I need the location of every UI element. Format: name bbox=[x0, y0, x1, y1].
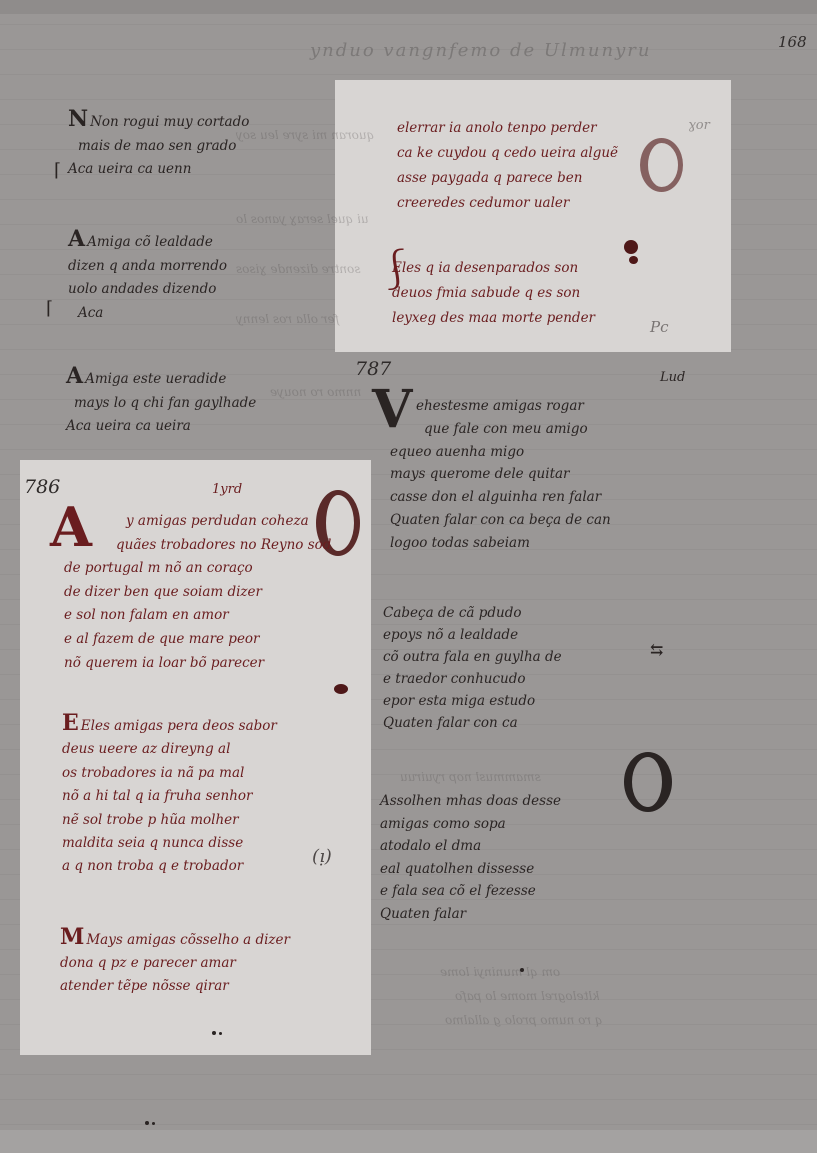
verse-line: e traedor conhucudo bbox=[383, 668, 562, 690]
verse-line: eal quatolhen dissesse bbox=[380, 858, 561, 881]
verse-line: Aca bbox=[78, 302, 227, 326]
verse-line: Assolhen mhas doas desse bbox=[380, 790, 561, 813]
bleed-through-text: om ql muninyi lome bbox=[440, 965, 560, 979]
verse-line: casse don el alguinha ren falar bbox=[390, 486, 611, 509]
bleed-through-text: ui quel seraɣ yanos lo bbox=[236, 212, 369, 226]
verse-line: amigas como sopa bbox=[380, 813, 561, 836]
bleed-through-text: kltelogrel mome lo pafo bbox=[455, 989, 600, 1003]
verse-line: leyxeg des maa morte pender bbox=[392, 306, 595, 331]
stanza-left-2: AAmiga cõ lealdade dizen q anda morrendo… bbox=[68, 228, 227, 325]
verse-line: a q non troba q e trobador bbox=[62, 855, 277, 878]
poem-number-787: 787 bbox=[355, 358, 391, 380]
verse-line: maldita seia q nunca disse bbox=[62, 832, 277, 855]
verse-line: MMays amigas cõsselho a dizer bbox=[60, 926, 290, 952]
marginal-note-787: Lud bbox=[660, 370, 685, 385]
stanza-right-1: elerrar ia anolo tenpo perder ca ke cuyd… bbox=[397, 116, 618, 216]
marginal-note-786: 1yrd bbox=[212, 482, 242, 497]
verse-line: uolo andades dizendo bbox=[68, 278, 227, 302]
punctuation-dot bbox=[212, 1031, 216, 1035]
stanza-787-1: ehestesme amigas rogar que fale con meu … bbox=[390, 395, 611, 555]
punctuation-dot bbox=[152, 1122, 155, 1125]
verse-line: mais de mao sen grado bbox=[68, 135, 249, 159]
verse-line: epoys nõ a lealdade bbox=[383, 624, 562, 646]
verse-line: atodalo el dma bbox=[380, 835, 561, 858]
header-bleed-through: ynduo vangnfemo de Ulmunyru bbox=[310, 40, 651, 61]
paragraph-mark: ⇆ bbox=[650, 640, 663, 659]
verse-line: os trobadores ia nã pa mal bbox=[62, 762, 277, 785]
ink-blot bbox=[624, 240, 638, 254]
verse-line: elerrar ia anolo tenpo perder bbox=[397, 116, 618, 141]
verse-line: y amigas perdudan coheza bbox=[64, 510, 331, 534]
verse-line: Quaten falar con ca bbox=[383, 712, 562, 734]
verse-line: nõ a hi tal q ia fruha senhor bbox=[62, 785, 277, 808]
verse-line: atender tẽpe nõsse qirar bbox=[60, 975, 290, 998]
verse-line: ehestesme amigas rogar bbox=[390, 395, 611, 418]
verse-line: quães trobadores no Reyno sod bbox=[64, 534, 331, 558]
verse-line: mays lo q chi fan gaylhade bbox=[66, 392, 256, 416]
page-bottom-edge bbox=[0, 1130, 817, 1153]
verse-line: e sol non falam en amor bbox=[64, 604, 331, 628]
stanza-right-2: Eles q ia desenparados son deuos fmia sa… bbox=[392, 256, 595, 331]
verse-line: AAmiga cõ lealdade bbox=[68, 228, 227, 255]
stanza-left-1: NNon rogui muy cortado mais de mao sen g… bbox=[68, 108, 249, 182]
verse-line: que fale con meu amigo bbox=[390, 418, 611, 441]
ink-blot bbox=[629, 256, 638, 264]
bleed-through-text: sontre dizende ɣisos bbox=[236, 262, 360, 276]
stanza-left-3: AAmiga este ueradide mays lo q chi fan g… bbox=[66, 365, 256, 439]
verse-line: ca ke cuydou q cedo ueira alguẽ bbox=[397, 141, 618, 166]
punctuation-dot bbox=[520, 968, 524, 972]
stanza-786-1: y amigas perdudan coheza quães trobadore… bbox=[64, 510, 331, 675]
verse-line: nẽ sol trobe p hũa molher bbox=[62, 809, 277, 832]
verse-line: Quaten falar bbox=[380, 903, 561, 926]
bleed-through-text: smammusl nop ryuiruu bbox=[400, 770, 541, 784]
verse-line: de portugal m nõ an coraço bbox=[64, 557, 331, 581]
decorated-initial-o bbox=[624, 752, 672, 812]
verse-line: dona q pz e parecer amar bbox=[60, 952, 290, 975]
stanza-787-3: Assolhen mhas doas desse amigas como sop… bbox=[380, 790, 561, 925]
folio-number: 168 bbox=[778, 33, 807, 51]
margin-mark: Pc bbox=[650, 318, 669, 336]
verse-line: Aca ueira ca ueira bbox=[66, 415, 256, 439]
punctuation-dot bbox=[145, 1121, 149, 1125]
verse-line: AAmiga este ueradide bbox=[66, 365, 256, 392]
refrain-bracket: ⌈ bbox=[54, 160, 61, 181]
verse-line: EEles amigas pera deos sabor bbox=[62, 712, 277, 738]
stanza-786-2: EEles amigas pera deos sabor deus ueere … bbox=[62, 712, 277, 879]
verse-line: Aca ueira ca uenn bbox=[68, 158, 249, 182]
paragraph-mark: (ᴉ) bbox=[312, 846, 332, 867]
stanza-786-3: MMays amigas cõsselho a dizer dona q pz … bbox=[60, 926, 290, 998]
verse-line: Eles q ia desenparados son bbox=[392, 256, 595, 281]
punctuation-dot bbox=[219, 1032, 222, 1035]
verse-line: asse paygada q parece ben bbox=[397, 166, 618, 191]
verse-line: equeo auenha migo bbox=[390, 441, 611, 464]
verse-line: Cabeça de cã pdudo bbox=[383, 602, 562, 624]
stanza-787-2: Cabeça de cã pdudo epoys nõ a lealdade c… bbox=[383, 602, 562, 734]
verse-line: deuos fmia sabude q es son bbox=[392, 281, 595, 306]
verse-line: e al fazem de que mare peor bbox=[64, 628, 331, 652]
decorated-initial-o bbox=[640, 138, 683, 192]
verse-line: logoo todas sabeiam bbox=[390, 532, 611, 555]
verse-line: dizen q anda morrendo bbox=[68, 255, 227, 279]
refrain-bracket: ⌈ bbox=[46, 298, 53, 319]
bleed-through-text: nnmo ro nouye bbox=[270, 385, 361, 399]
verse-line: deus ueere az direyng al bbox=[62, 738, 277, 761]
verse-line: epor esta miga estudo bbox=[383, 690, 562, 712]
verse-line: nõ querem ia loar bõ parecer bbox=[64, 652, 331, 676]
verse-line: mays querome dele quitar bbox=[390, 463, 611, 486]
bleed-through-text: fer olla ros lenny bbox=[236, 312, 339, 326]
verse-line: creeredes cedumor ualer bbox=[397, 191, 618, 216]
bleed-through-text: q ro numo prolo g allalmo bbox=[445, 1013, 603, 1027]
verse-line: cõ outra fala en guylha de bbox=[383, 646, 562, 668]
marginal-note: ɣor bbox=[688, 118, 710, 133]
bleed-through-text: quoran mi syre leu soy bbox=[236, 128, 374, 142]
ink-blot bbox=[334, 684, 348, 694]
verse-line: de dizer ben que soiam dizer bbox=[64, 581, 331, 605]
verse-line: NNon rogui muy cortado bbox=[68, 108, 249, 135]
verse-line: e fala sea cõ el fezesse bbox=[380, 880, 561, 903]
verse-line: Quaten falar con ca beça de can bbox=[390, 509, 611, 532]
